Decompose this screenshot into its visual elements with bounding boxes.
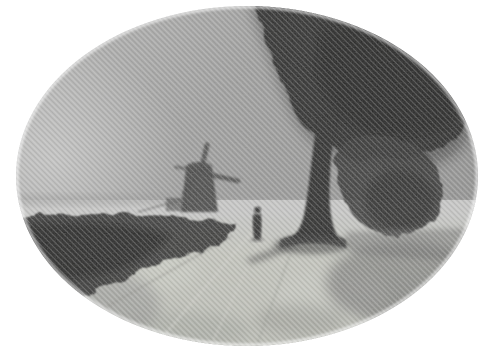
winter-landscape-photo <box>0 0 500 362</box>
grain-overlay <box>0 0 500 362</box>
page-background <box>0 0 500 362</box>
